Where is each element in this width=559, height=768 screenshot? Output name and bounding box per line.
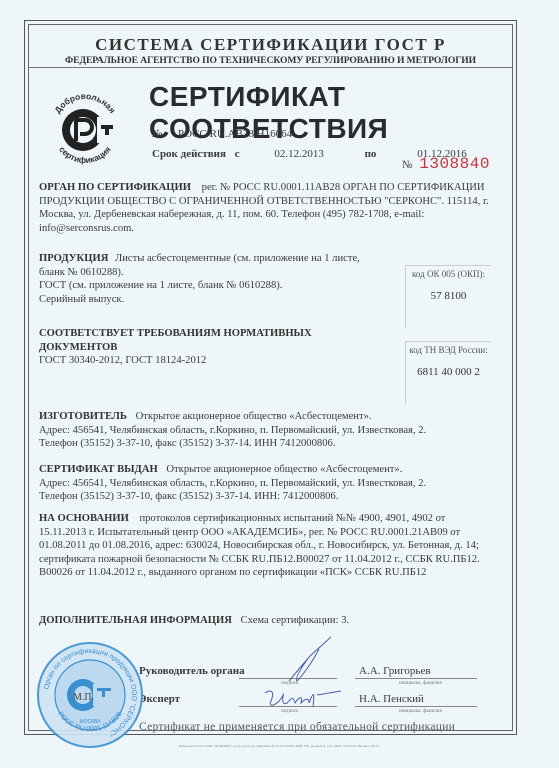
head-name-line (355, 678, 477, 679)
manufacturer-section: ИЗГОТОВИТЕЛЬ Открытое акционерное общест… (39, 410, 502, 451)
blank-number-sign: № (402, 159, 413, 171)
okp-code: 57 8100 (406, 290, 491, 302)
blank-number: № 1308840 (402, 155, 490, 173)
tnved-label: код ТН ВЭД России: (406, 345, 491, 355)
certification-body-section: ОРГАН ПО СЕРТИФИКАЦИИ рег. № РОСС RU.000… (39, 181, 502, 235)
conformity-heading: СООТВЕТСТВУЕТ ТРЕБОВАНИЯМ НОРМАТИВНЫХ ДО… (39, 327, 392, 354)
tnved-code: 6811 40 000 2 (406, 366, 491, 378)
issued-to-contacts: Телефон (35152) 3-37-10, факс (35152) 3-… (39, 490, 502, 504)
issued-to-heading: СЕРТИФИКАТ ВЫДАН (39, 464, 158, 475)
certification-body-heading: ОРГАН ПО СЕРТИФИКАЦИИ (39, 182, 191, 193)
printer-footer: Бланк изготовлен ЗАО "ОПЦИОН", www.opcio… (0, 744, 559, 748)
okp-code-box: код ОК 005 (ОКП): 57 8100 (405, 265, 491, 328)
blank-number-value: 1308840 (419, 155, 490, 173)
head-signature-icon (269, 635, 349, 683)
valid-from-date: 02.12.2013 (274, 148, 324, 160)
disclaimer: Сертификат не применяется при обязательн… (139, 721, 455, 733)
header-divider (29, 67, 512, 68)
manufacturer-name: Открытое акционерное общество «Асбестоце… (136, 411, 372, 422)
manufacturer-contacts: Телефон (35152) 3-37-10, факс (35152) 3-… (39, 437, 502, 451)
rst-logo-icon: Добровольная сертификация (43, 87, 127, 171)
head-signature-row: Руководитель органа (139, 665, 245, 677)
expert-name: Н.А. Пенский (359, 693, 424, 705)
certification-seal-icon: Орган по сертификации продукции ООО "СЕР… (35, 640, 145, 750)
product-heading: ПРОДУКЦИЯ (39, 253, 108, 264)
svg-text:МОСКВА: МОСКВА (79, 719, 101, 725)
manufacturer-heading: ИЗГОТОВИТЕЛЬ (39, 411, 127, 422)
number-sign: № (152, 128, 163, 140)
head-name: А.А. Григорьев (359, 665, 431, 677)
additional-info-text: Схема сертификации: 3. (241, 615, 350, 626)
basis-section: НА ОСНОВАНИИ протоколов сертификационных… (39, 512, 482, 580)
system-title: СИСТЕМА СЕРТИФИКАЦИИ ГОСТ Р (29, 35, 512, 55)
tnved-code-box: код ТН ВЭД России: 6811 40 000 2 (405, 341, 491, 404)
product-line-3: ГОСТ (см. приложение на 1 листе, бланк №… (39, 279, 392, 293)
head-name-caption: инициалы, фамилия (399, 681, 442, 686)
head-role: Руководитель органа (139, 665, 245, 677)
conformity-standards: ГОСТ 30340-2012, ГОСТ 18124-2012 (39, 354, 392, 368)
additional-info-section: ДОПОЛНИТЕЛЬНАЯ ИНФОРМАЦИЯ Схема сертифик… (39, 614, 502, 628)
certificate-number: РОСС RU.АВ28.Н16064 (178, 128, 292, 140)
expert-signature-row: Эксперт (139, 693, 180, 705)
expert-signature-icon (257, 683, 347, 713)
product-line-1: Листы асбестоцементные (см. приложение н… (115, 253, 360, 264)
issued-to-section: СЕРТИФИКАТ ВЫДАН Открытое акционерное об… (39, 463, 502, 504)
agency-name: ФЕДЕРАЛЬНОЕ АГЕНТСТВО ПО ТЕХНИЧЕСКОМУ РЕ… (29, 55, 512, 66)
validity-label: Срок действия (152, 148, 226, 160)
okp-label: код ОК 005 (ОКП): (406, 269, 491, 279)
to-label: по (365, 148, 377, 160)
expert-name-line (355, 706, 477, 707)
basis-heading: НА ОСНОВАНИИ (39, 513, 129, 524)
certificate-number-line: № РОСС RU.АВ28.Н16064 (152, 128, 292, 140)
certificate-frame: СИСТЕМА СЕРТИФИКАЦИИ ГОСТ Р ФЕДЕРАЛЬНОЕ … (24, 20, 517, 735)
manufacturer-address: Адрес: 456541, Челябинская область, г.Ко… (39, 424, 502, 438)
issued-to-name: Открытое акционерное общество «Асбестоце… (166, 464, 402, 475)
expert-name-caption: инициалы, фамилия (399, 709, 442, 714)
product-line-2: бланк № 0610288). (39, 266, 392, 280)
product-section: ПРОДУКЦИЯ Листы асбестоцементные (см. пр… (39, 252, 392, 306)
additional-info-heading: ДОПОЛНИТЕЛЬНАЯ ИНФОРМАЦИЯ (39, 615, 232, 626)
expert-role: Эксперт (139, 693, 180, 705)
conformity-section: СООТВЕТСТВУЕТ ТРЕБОВАНИЯМ НОРМАТИВНЫХ ДО… (39, 327, 392, 368)
svg-text:М.П.: М.П. (73, 692, 94, 703)
issued-to-address: Адрес: 456541, Челябинская область, г.Ко… (39, 477, 502, 491)
from-label: с (235, 148, 240, 160)
certificate-inner-frame: СИСТЕМА СЕРТИФИКАЦИИ ГОСТ Р ФЕДЕРАЛЬНОЕ … (28, 24, 513, 731)
product-line-4: Серийный выпуск. (39, 293, 392, 307)
